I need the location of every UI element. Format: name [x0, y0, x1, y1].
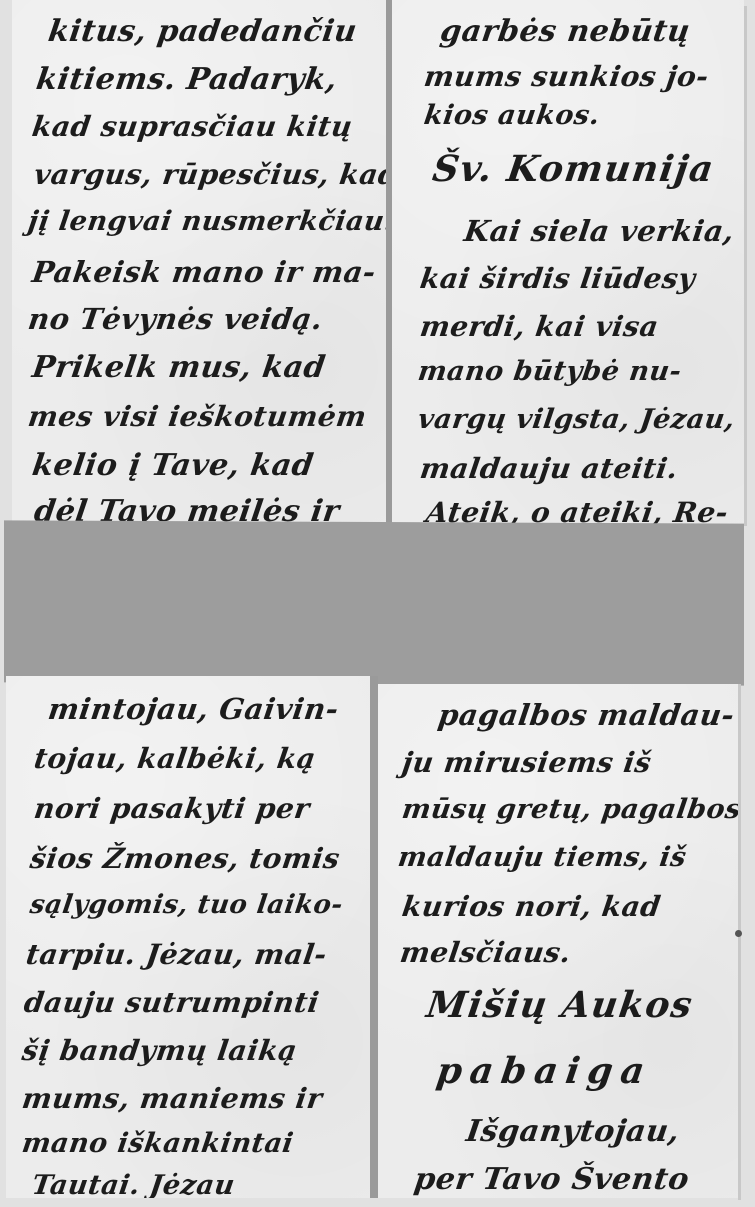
section-heading-pabaiga: pabaiga — [434, 1050, 655, 1092]
page-edge-bottom — [738, 684, 741, 1200]
text-line: kurios nori, kad — [400, 890, 663, 923]
text-line: tarpiu. Jėzau, mal- — [24, 938, 329, 971]
text-line: Išganytojau, — [464, 1114, 682, 1149]
text-line: nori pasakyti per — [32, 792, 312, 825]
gray-band-divider — [4, 520, 744, 685]
text-line: šios Žmones, tomis — [28, 842, 342, 875]
text-line: vargų vilgsta, Jėzau, — [416, 404, 737, 435]
text-line: Tautai. Jėzau — [30, 1170, 237, 1198]
text-line: pagalbos maldau- — [436, 698, 737, 732]
text-line: Pakeisk mano ir ma- — [30, 255, 378, 289]
section-heading-misiu-aukos: Mišių Aukos — [424, 984, 696, 1026]
text-line: sąlygomis, tuo laiko- — [28, 890, 345, 920]
manuscript-scan: kitus, padedančiu kitiems. Padaryk, kad … — [0, 0, 755, 1207]
text-line: per Tavo Švento — [412, 1162, 691, 1197]
text-line: maldauju tiems, iš — [396, 842, 688, 873]
text-line: jį lengvai nusmerkčiau. — [26, 206, 386, 237]
text-line: kitus, padedančiu — [46, 14, 359, 49]
text-line: maldauju ateiti. — [418, 452, 680, 485]
page-top-left: kitus, padedančiu kitiems. Padaryk, kad … — [12, 0, 386, 524]
text-line: kai širdis liūdesy — [418, 262, 698, 295]
page-edge-top — [744, 6, 747, 526]
section-heading-komunija: Šv. Komunija — [430, 148, 717, 190]
text-line: mums, maniems ir — [20, 1082, 325, 1115]
text-line: no Tėvynės veidą. — [26, 302, 325, 336]
binding-dot-icon — [735, 930, 742, 937]
text-line: mes visi ieškotumėm — [26, 400, 369, 433]
page-bottom-left: mintojau, Gaivin- tojau, kalbėki, ką nor… — [6, 676, 370, 1198]
text-line: merdi, kai visa — [418, 310, 661, 343]
text-line: kitiems. Padaryk, — [34, 62, 340, 97]
text-line: ju mirusiems iš — [400, 746, 654, 779]
text-line: dauju sutrumpinti — [22, 986, 321, 1019]
text-line: dėl Tavo meilės ir — [32, 494, 342, 524]
text-line: mūsų gretų, pagalbos — [400, 794, 740, 825]
text-line: mano iškankintai — [20, 1128, 296, 1159]
text-line: garbės nebūtų — [438, 14, 692, 49]
text-line: vargus, rūpesčius, kad — [32, 158, 386, 191]
text-line: Prikelk mus, kad — [30, 350, 328, 385]
text-line: mintojau, Gaivin- — [46, 692, 341, 726]
page-bottom-right: pagalbos maldau- ju mirusiems iš mūsų gr… — [378, 684, 740, 1198]
text-line: melsčiaus. — [398, 936, 573, 969]
text-line: kad suprasčiau kitų — [30, 110, 355, 143]
text-line: kelio į Tave, kad — [30, 448, 316, 483]
text-line: kios aukos. — [422, 100, 602, 131]
page-top-right: garbės nebūtų mums sunkios jo- kios auko… — [392, 0, 744, 528]
text-line: mano būtybė nu- — [416, 356, 684, 387]
text-line: šį bandymų laiką — [20, 1034, 299, 1067]
text-line: mums sunkios jo- — [422, 60, 711, 93]
text-line: tojau, kalbėki, ką — [32, 742, 318, 775]
text-line: Kai siela verkia, — [462, 214, 737, 248]
page-gutter-bottom — [370, 676, 378, 1198]
